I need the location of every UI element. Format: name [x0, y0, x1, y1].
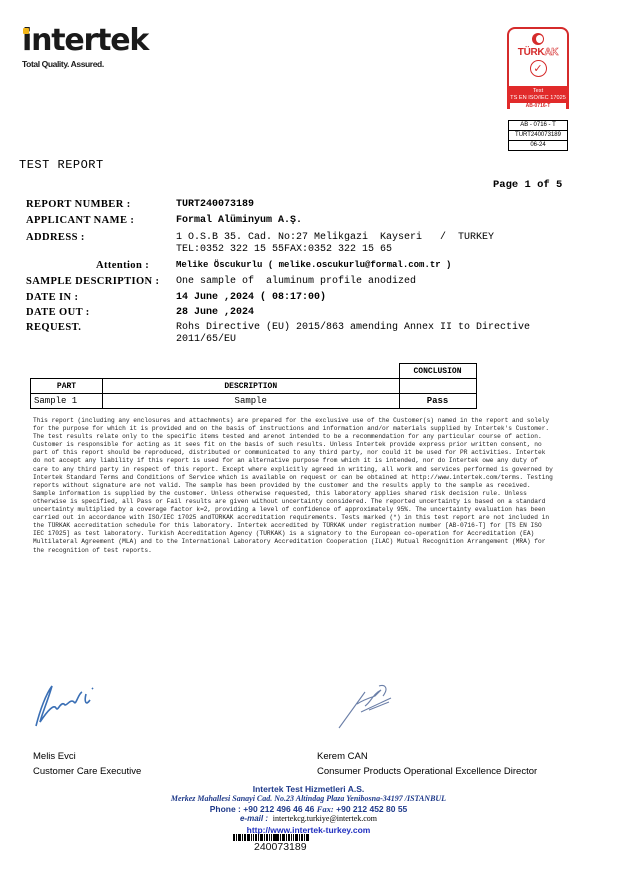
field-label: APPLICANT NAME :	[26, 215, 134, 226]
turkak-accreditation-mark: TÜRKAK ✓ Test TS EN ISO/IEC 17025 AB-071…	[507, 27, 569, 111]
crescent-icon	[532, 33, 544, 45]
footer-address: Merkez Mahallesi Sanayi Cad. No.23 Altin…	[0, 794, 617, 804]
footer-phone-fax: Phone : +90 212 496 46 46 Fax: +90 212 4…	[0, 804, 617, 814]
turkak-band-line: Test	[507, 88, 569, 95]
field-label: REPORT NUMBER :	[26, 199, 131, 210]
turkak-band-code: AB-0716-T	[510, 103, 566, 109]
phone-label: Phone :	[210, 804, 241, 814]
barcode	[233, 834, 333, 841]
signer-name: Melis Evci	[33, 751, 76, 762]
field-value: 28 June ,2024	[176, 307, 254, 318]
footer: Intertek Test Hizmetleri A.S. Merkez Mah…	[0, 784, 617, 836]
field-value: One sample of aluminum profile anodized	[176, 276, 416, 287]
checkmark-icon: ✓	[530, 60, 547, 77]
turkak-frame: TÜRKAK ✓	[507, 27, 569, 86]
field-value: 14 June ,2024 ( 08:17:00)	[176, 292, 326, 303]
description-cell: Sample	[103, 394, 400, 409]
turkak-band-line: TS EN ISO/IEC 17025	[507, 95, 569, 102]
description-header: DESCRIPTION	[103, 379, 400, 394]
page-number: Page 1 of 5	[493, 179, 562, 191]
field-value: Melike Öscukurlu ( melike.oscukurlu@form…	[176, 260, 451, 270]
fax-label: Fax:	[317, 804, 334, 814]
results-table: CONCLUSION PART DESCRIPTION Sample 1 Sam…	[30, 363, 477, 409]
conclusion-cell: Pass	[399, 394, 476, 409]
field-label: Attention :	[96, 260, 149, 271]
accreditation-table: AB - 0716 - T TURT240073189 06-24	[508, 120, 568, 151]
logo-tagline: Total Quality. Assured.	[22, 59, 148, 69]
logo-wordmark: intertek	[22, 26, 148, 56]
signature-block-1: Melis Evci Customer Care Executive	[30, 680, 110, 735]
field-label: SAMPLE DESCRIPTION :	[26, 276, 159, 287]
field-label: DATE IN :	[26, 292, 78, 303]
email-label: e-mail :	[240, 814, 268, 823]
turkak-wordmark: TÜRKAK	[518, 47, 558, 58]
footer-email: e-mail : intertekcg.turkiye@intertek.com	[0, 814, 617, 825]
logo-dot-icon	[23, 28, 29, 34]
footer-company: Intertek Test Hizmetleri A.S.	[0, 784, 617, 794]
conclusion-header: CONCLUSION	[399, 364, 476, 379]
signature-2-icon	[335, 682, 415, 732]
email-link[interactable]: intertekcg.turkiye@intertek.com	[273, 814, 377, 823]
phone-value: +90 212 496 46 46	[243, 804, 314, 814]
signature-block-2: Kerem CAN Consumer Products Operational …	[335, 682, 415, 737]
field-value: TEL:0352 322 15 55FAX:0352 322 15 65	[176, 244, 392, 255]
field-value: TURT240073189	[176, 199, 254, 210]
fax-value: +90 212 452 80 55	[336, 804, 407, 814]
page-title: TEST REPORT	[19, 158, 104, 172]
field-value: 1 O.S.B 35. Cad. No:27 Melikgazi Kayseri…	[176, 232, 494, 243]
field-label: ADDRESS :	[26, 232, 85, 243]
field-value: Formal Alüminyum A.Ş.	[176, 215, 302, 226]
signature-1-icon	[30, 680, 110, 730]
accreditation-date: 06-24	[509, 141, 568, 151]
field-label: REQUEST.	[26, 322, 81, 333]
table-row: Sample 1 Sample Pass	[31, 394, 477, 409]
barcode-number: 240073189	[254, 841, 307, 853]
turkak-band: Test TS EN ISO/IEC 17025 AB-0716-T	[507, 86, 569, 109]
accreditation-number: AB - 0716 - T	[509, 121, 568, 131]
signer-name: Kerem CAN	[317, 751, 368, 762]
accreditation-report-number: TURT240073189	[509, 131, 568, 141]
intertek-logo: intertek Total Quality. Assured.	[22, 26, 148, 69]
signer-title: Customer Care Executive	[33, 766, 141, 777]
part-cell: Sample 1	[31, 394, 103, 409]
field-label: DATE OUT :	[26, 307, 90, 318]
part-header: PART	[31, 379, 103, 394]
field-value: 2011/65/EU	[176, 334, 236, 345]
signer-title: Consumer Products Operational Excellence…	[317, 766, 537, 777]
field-value: Rohs Directive (EU) 2015/863 amending An…	[176, 322, 530, 333]
disclaimer-text: This report (including any enclosures an…	[33, 417, 593, 555]
